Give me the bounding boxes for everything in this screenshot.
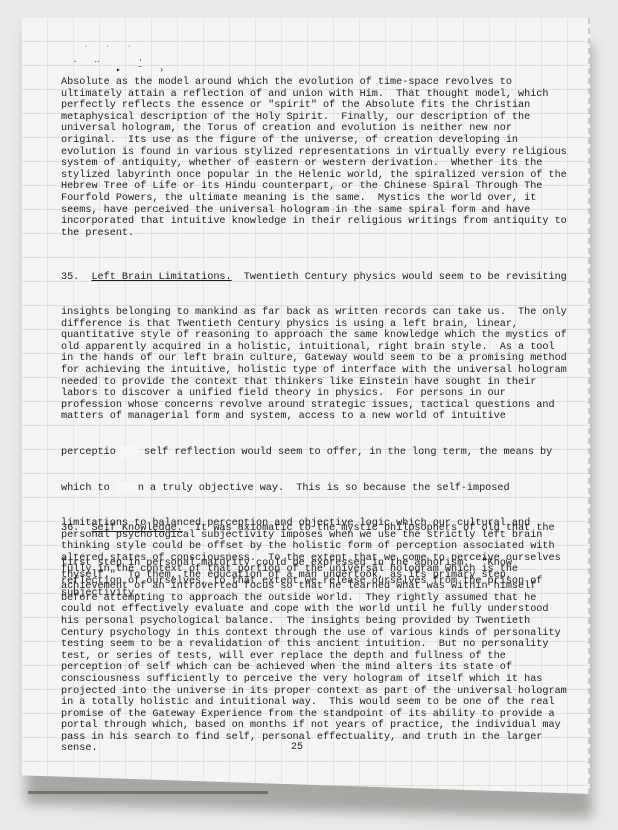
- section-35-heading-line: 35. Left Brain Limitations. Twentieth Ce…: [61, 272, 567, 284]
- text-line: labors to discover a unified field theor…: [61, 388, 567, 400]
- text-line: projected into the universe in its prope…: [61, 686, 567, 698]
- text-line: universal hologram, the Torus of creatio…: [61, 123, 567, 135]
- text-line: consciousness sufficiently to perceive t…: [61, 674, 567, 686]
- text-line: system of antiquity, whether of eastern …: [61, 158, 567, 170]
- text-line: Hebrew Tree of Life or its Hindu counter…: [61, 181, 567, 193]
- section-36-body: first step in personal maturity could be…: [61, 558, 567, 755]
- text-line: for achieving the intuitive, holistic ty…: [61, 365, 567, 377]
- text-line: in the hands of our left brain culture, …: [61, 353, 567, 365]
- text-line: profession whose concerns revolve around…: [61, 400, 567, 412]
- text-line: insights belonging to mankind as far bac…: [61, 307, 567, 319]
- section-35-first-line: Twentieth Century physics would seem to …: [232, 272, 567, 283]
- text-line: his personal psychological balance. The …: [61, 616, 567, 628]
- paragraph-continuation: Absolute as the model around which the e…: [61, 77, 567, 239]
- text-line: test, or series of tests, will ever repl…: [61, 651, 567, 663]
- text-line: matters of managerial form and system, a…: [61, 411, 567, 423]
- section-35-obscured-line-2: which to n a truly objective way. This i…: [61, 482, 567, 495]
- text-line: metaphysical description of the Holy Spi…: [61, 112, 567, 124]
- text-line: testing seem to be a revalidation of thi…: [61, 639, 567, 651]
- text-line: the present.: [61, 228, 567, 240]
- page-number: 25: [291, 742, 303, 753]
- scan-specks: ˙ ˙ ˙ . ‥ · ▸ ˜ ›: [62, 46, 142, 76]
- text-line: Absolute as the model around which the e…: [61, 77, 567, 89]
- section-35-number: 35.: [61, 272, 79, 283]
- text-line: sense.: [61, 743, 567, 755]
- section-35-title: Left Brain Limitations.: [91, 272, 231, 283]
- text-line: Century psychology in this context throu…: [61, 628, 567, 640]
- text-line: evolution is found in various stylized r…: [61, 147, 567, 159]
- text-line: incorporated that intuitive knowledge in…: [61, 216, 567, 228]
- section-36-heading-line: 36. Self Knowledge. It was axiomatic to …: [61, 523, 567, 535]
- text-line: portal through which, based on months if…: [61, 720, 567, 732]
- text-line: difference is that Twentieth Century phy…: [61, 319, 567, 331]
- text-line: original. Its use as the figure of the u…: [61, 135, 567, 147]
- text-line: perception of self which can be achieved…: [61, 662, 567, 674]
- obscured-region: [116, 446, 138, 457]
- text-line: in a totally holistic and intuitional wa…: [61, 697, 567, 709]
- text-line: Fourfold Powers, the ultimate meaning is…: [61, 193, 567, 205]
- text-line: first step in personal maturity could be…: [61, 558, 567, 570]
- text-line: stylized labyrinth once popular in the H…: [61, 170, 567, 182]
- page-bottom-edge: [28, 791, 268, 794]
- text-line: before attempting to approach the outsid…: [61, 593, 567, 605]
- section-36-first-line: It was axiomatic to the mystic philosoph…: [183, 523, 555, 534]
- obscured-region: [116, 482, 138, 493]
- text-line: old apparently acquired in a holistic, i…: [61, 342, 567, 354]
- text-line: seems, have perceived the universal holo…: [61, 205, 567, 217]
- text-line: achievement of an introverted focus so t…: [61, 581, 567, 593]
- text-line: needed to provide the context that think…: [61, 377, 567, 389]
- text-line: promise of the Gateway Experience from t…: [61, 709, 567, 721]
- text-line: ultimately attain a reflection of and un…: [61, 89, 567, 101]
- section-36-number: 36.: [61, 523, 79, 534]
- text-line: perfectly reflects the essence or "spiri…: [61, 100, 567, 112]
- text-line: could not effectively evaluate and cope …: [61, 604, 567, 616]
- section-35-obscured-line-1: perceptio self reflection would seem to …: [61, 446, 567, 459]
- section-36-title: Self Knowledge.: [91, 523, 182, 534]
- text-line: thyself." To them, the education of a ma…: [61, 570, 567, 582]
- text-line: quantitative style of reasoning to appro…: [61, 330, 567, 342]
- section-35-body: insights belonging to mankind as far bac…: [61, 307, 567, 423]
- section-36: 36. Self Knowledge. It was axiomatic to …: [61, 500, 567, 767]
- text-line: pass in his search to find self, persona…: [61, 732, 567, 744]
